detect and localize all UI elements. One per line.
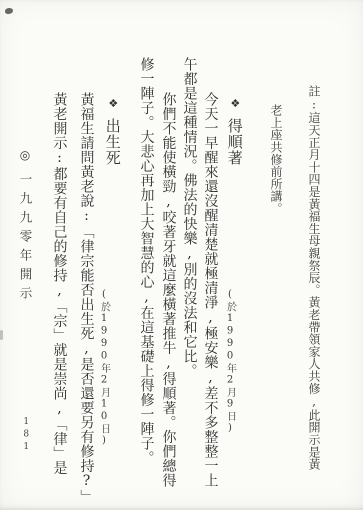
section-2-date: (於1990年2月10日) bbox=[97, 289, 110, 448]
circle-bullet-icon: ◎ bbox=[17, 148, 32, 169]
section-1-heading: ❖得順著 bbox=[225, 97, 244, 166]
diamond-marker-icon: ❖ bbox=[228, 97, 242, 111]
section-1-body-column-2: 午都是這種情況。佛法的快樂,別的沒法和它比。 bbox=[180, 57, 198, 378]
section-1-date: (於1990年2月9日) bbox=[223, 289, 236, 435]
section-1-body-column-4: 修一陣子。大悲心再加上大智慧的心,在這基礎上得修一陣子。 bbox=[137, 57, 155, 465]
section-2-heading: ❖出生死 bbox=[103, 97, 122, 166]
book-page: 註:這天正月十四是黃福生母親祭辰。黃老帶領家人共修,此開示是黃 老上座共修前所講… bbox=[0, 0, 363, 510]
page-number: 181 bbox=[20, 417, 31, 455]
margin-title-text: 一九九零年開示 bbox=[18, 173, 33, 306]
scan-edge-mark bbox=[0, 330, 3, 340]
section-1-title: 得順著 bbox=[226, 118, 244, 166]
section-1-body-column-3: 你們不能使橫勁,咬著牙就這麼橫著推牛,得順著。你們總得 bbox=[159, 92, 177, 488]
section-1-body-column-1: 今天一早醒來還沒醒清楚就極清淨,極安樂,差不多整整一上 bbox=[201, 92, 219, 488]
section-2-body-column-2: 黃老開示:都要有自己的修持,「宗」就是崇尚,「律」是 bbox=[50, 92, 68, 475]
note-column-2: 老上座共修前所講。 bbox=[268, 104, 283, 215]
section-2-title: 出生死 bbox=[104, 118, 122, 166]
diamond-marker-icon: ❖ bbox=[106, 97, 120, 111]
section-2-body-column-1: 黃福生請問黃老說:「律宗能否出生死,是否還要另有修持?」 bbox=[77, 92, 95, 504]
margin-book-title: ◎一九九零年開示 bbox=[17, 148, 33, 306]
note-column-1: 註:這天正月十四是黃福生母親祭辰。黃老帶領家人共修,此開示是黃 bbox=[306, 85, 321, 470]
scan-speck bbox=[5, 8, 13, 14]
